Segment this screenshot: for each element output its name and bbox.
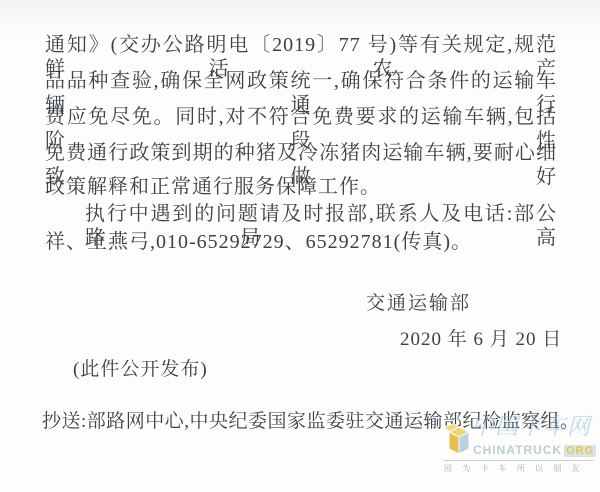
chinatruck-site-tld-badge: ORG (564, 445, 596, 457)
body-line: 政策解释和正常通行服务保障工作。 (45, 175, 381, 199)
issuer-signature: 交通运输部 (366, 292, 471, 316)
watermark-divider (443, 460, 593, 461)
chinatruck-site-name-text: CHINATRUCK (473, 443, 562, 457)
chinatruck-cn-name-watermark: 中国卡车网 (471, 408, 591, 441)
chinatruck-site-name: CHINATRUCKORG (473, 443, 596, 457)
chinatruck-cube-logo-icon (443, 424, 471, 463)
public-release-note: (此件公开发布) (73, 358, 208, 382)
chinatruck-watermark: 中国卡车网 CHINATRUCKORG 因 为 卡 车 所 以 朋 友 (443, 424, 595, 472)
chinatruck-slogan: 因 为 卡 车 所 以 朋 友 (444, 463, 594, 474)
scanned-document-page: 通知》(交办公路明电〔2019〕77 号)等有关规定,规范鲜活农产 品品种查验,… (0, 0, 600, 492)
body-line: 祥、王燕弓,010-65292729、65292781(传真)。 (45, 230, 472, 254)
issue-date: 2020 年 6 月 20 日 (400, 328, 562, 352)
